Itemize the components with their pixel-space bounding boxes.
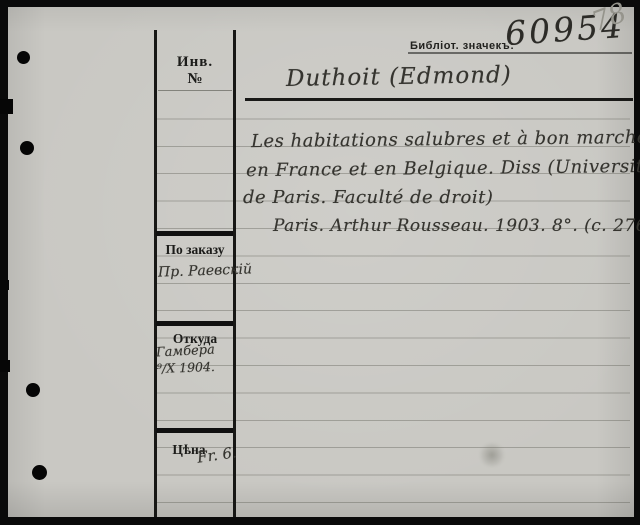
- punch-hole: [20, 141, 34, 155]
- scan-edge-notch: [0, 360, 10, 372]
- column-divider: [156, 428, 233, 433]
- scan-edge-notch: [0, 280, 9, 290]
- origin-value-handwriting-1: Гамбера: [156, 342, 216, 360]
- field-label-inventory-2: №: [156, 71, 234, 88]
- column-divider: [156, 231, 233, 236]
- pencil-smudge: [478, 443, 506, 467]
- scan-edge-notch: [0, 99, 13, 114]
- imprint-handwriting: Paris. Arthur Rousseau. 1903. 8°. (c. 27…: [273, 216, 640, 236]
- origin-value-handwriting-2: ⁹/Ⅹ 1904.: [157, 359, 215, 376]
- library-stamp-label: Библіот. значекъ:: [410, 40, 514, 52]
- author-handwriting: Duthoit (Edmond): [286, 62, 512, 92]
- punch-hole: [32, 465, 47, 480]
- title-handwriting-line1: Les habitations salubres et à bon marché: [251, 127, 640, 152]
- field-label-order: По заказу: [156, 242, 234, 258]
- title-handwriting-line3: de Paris. Faculté de droit): [243, 187, 493, 208]
- title-handwriting-line2: en France et en Belgique. Diss (Universi…: [246, 156, 640, 181]
- author-underline: [245, 98, 633, 101]
- stamp-underline: [408, 52, 632, 54]
- punch-hole: [26, 383, 40, 397]
- ruled-line: [158, 90, 232, 91]
- order-value-handwriting: Пр. Раевскій: [158, 261, 252, 280]
- scanned-catalog-card: Инв. № По заказу Откуда Цѣна Пр. Раевскі…: [0, 0, 640, 525]
- punch-hole: [17, 51, 30, 64]
- column-divider: [156, 321, 233, 326]
- field-label-inventory-1: Инв.: [156, 54, 234, 71]
